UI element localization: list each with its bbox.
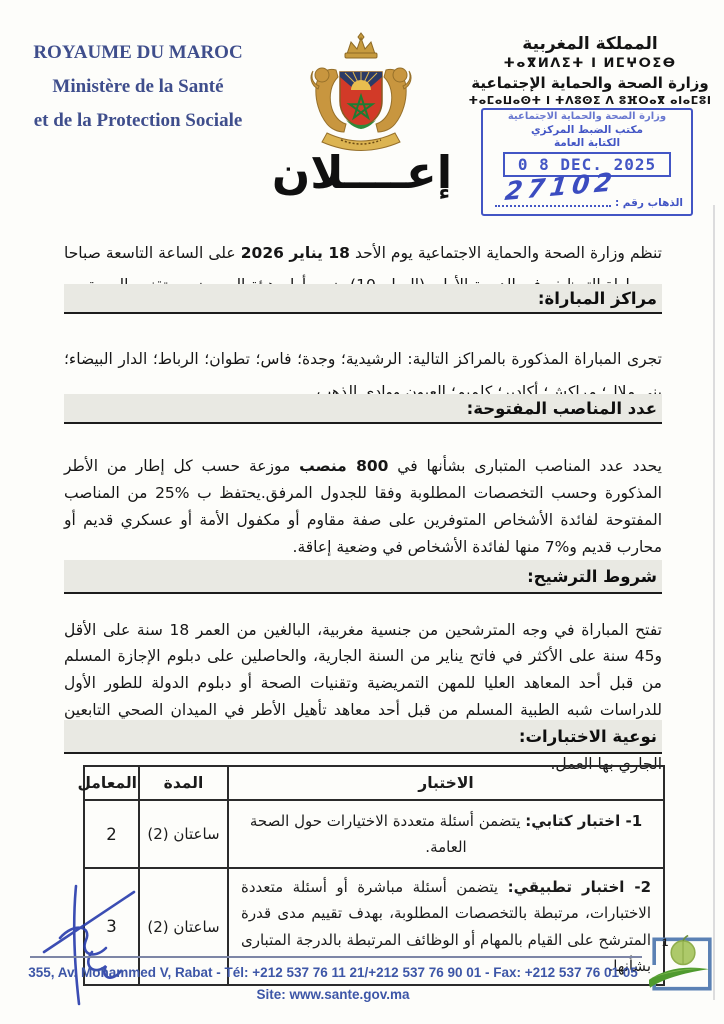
section-heading-tests: نوعية الاختبارات: xyxy=(64,720,662,754)
posts-count: 800 منصب xyxy=(299,457,388,475)
posts-paragraph: يحدد عدد المناصب المتبارى بشأنها في 800 … xyxy=(64,453,662,562)
table-row: 1- اختبار كتابي: يتضمن أسئلة متعددة الاخ… xyxy=(84,800,664,868)
coefficient-cell: 2 xyxy=(84,800,139,868)
intro-date: 18 يناير 2026 xyxy=(241,244,350,262)
kingdom-fr: ROYAUME DU MAROC xyxy=(20,36,256,70)
section-heading-posts: عدد المناصب المفتوحة: xyxy=(64,394,662,424)
announcement-document: ROYAUME DU MAROC Ministère de la Santé e… xyxy=(0,0,724,1024)
section-heading-conditions: شروط الترشيح: xyxy=(64,560,662,594)
ministry-fr-line1: Ministère de la Santé xyxy=(20,70,256,104)
column-header-test: الاختبار xyxy=(228,766,664,800)
page-title: إعــــلان xyxy=(0,146,724,199)
ministry-logo-icon: 1 xyxy=(649,930,715,998)
footer-text: 355, Av. Mohammed V, Rabat - Tél: +212 5… xyxy=(6,962,660,1007)
page-number: 1 xyxy=(662,937,668,949)
tests-table: الاختبار المدة المعامل 1- اختبار كتابي: … xyxy=(83,765,665,986)
stamp-dotted-line xyxy=(495,204,611,207)
ministry-ar: وزارة الصحة والحماية الإجتماعية xyxy=(462,74,718,92)
section-heading-centers: مراكز المباراة: xyxy=(64,284,662,314)
ministry-fr-line2: et de la Protection Sociale xyxy=(20,104,256,138)
test-description: يتضمن أسئلة متعددة الاختيارات حول الصحة … xyxy=(250,812,525,856)
column-header-coefficient: المعامل xyxy=(84,766,139,800)
ministry-tifinagh: ⵜⴰⵎⴰⵡⴰⵙⵜ ⵏ ⵜⴷⵓⵙⵉ ⴷ ⵓⴼⵔⴰⴳ ⴰⵏⴰⵎⵓⵏ xyxy=(462,94,718,107)
test-name: 2- اختبار تطبيقي: xyxy=(508,878,651,896)
table-header-row: الاختبار المدة المعامل xyxy=(84,766,664,800)
test-cell: 1- اختبار كتابي: يتضمن أسئلة متعددة الاخ… xyxy=(228,800,664,868)
scan-edge-artifact xyxy=(713,205,715,1000)
conditions-paragraph: تفتح المباراة في وجه المترشحين من جنسية … xyxy=(64,617,662,779)
header-left-text: ROYAUME DU MAROC Ministère de la Santé e… xyxy=(20,36,256,137)
posts-pre: يحدد عدد المناصب المتبارى بشأنها في xyxy=(388,457,662,475)
test-name: 1- اختبار كتابي: xyxy=(525,812,642,830)
kingdom-ar: المملكة المغربية xyxy=(462,34,718,54)
footer-divider xyxy=(30,956,642,958)
header-right-text: المملكة المغربية ⵜⴰⴳⵍⴷⵉⵜ ⵏ ⵍⵎⵖⵔⵉⴱ وزارة … xyxy=(462,34,718,107)
stamp-office: مكتب الضبط المركزي xyxy=(483,124,691,138)
footer-address: 355, Av. Mohammed V, Rabat - Tél: +212 5… xyxy=(6,962,660,984)
footer-site: Site: www.sante.gov.ma xyxy=(6,984,660,1006)
stamp-ministry: وزارة الصحة والحماية الاجتماعية xyxy=(483,111,691,124)
duration-cell: ساعتان (2) xyxy=(139,800,228,868)
column-header-duration: المدة xyxy=(139,766,228,800)
kingdom-tifinagh: ⵜⴰⴳⵍⴷⵉⵜ ⵏ ⵍⵎⵖⵔⵉⴱ xyxy=(462,56,718,71)
intro-pre: تنظم وزارة الصحة والحماية الاجتماعية يوم… xyxy=(350,244,662,262)
